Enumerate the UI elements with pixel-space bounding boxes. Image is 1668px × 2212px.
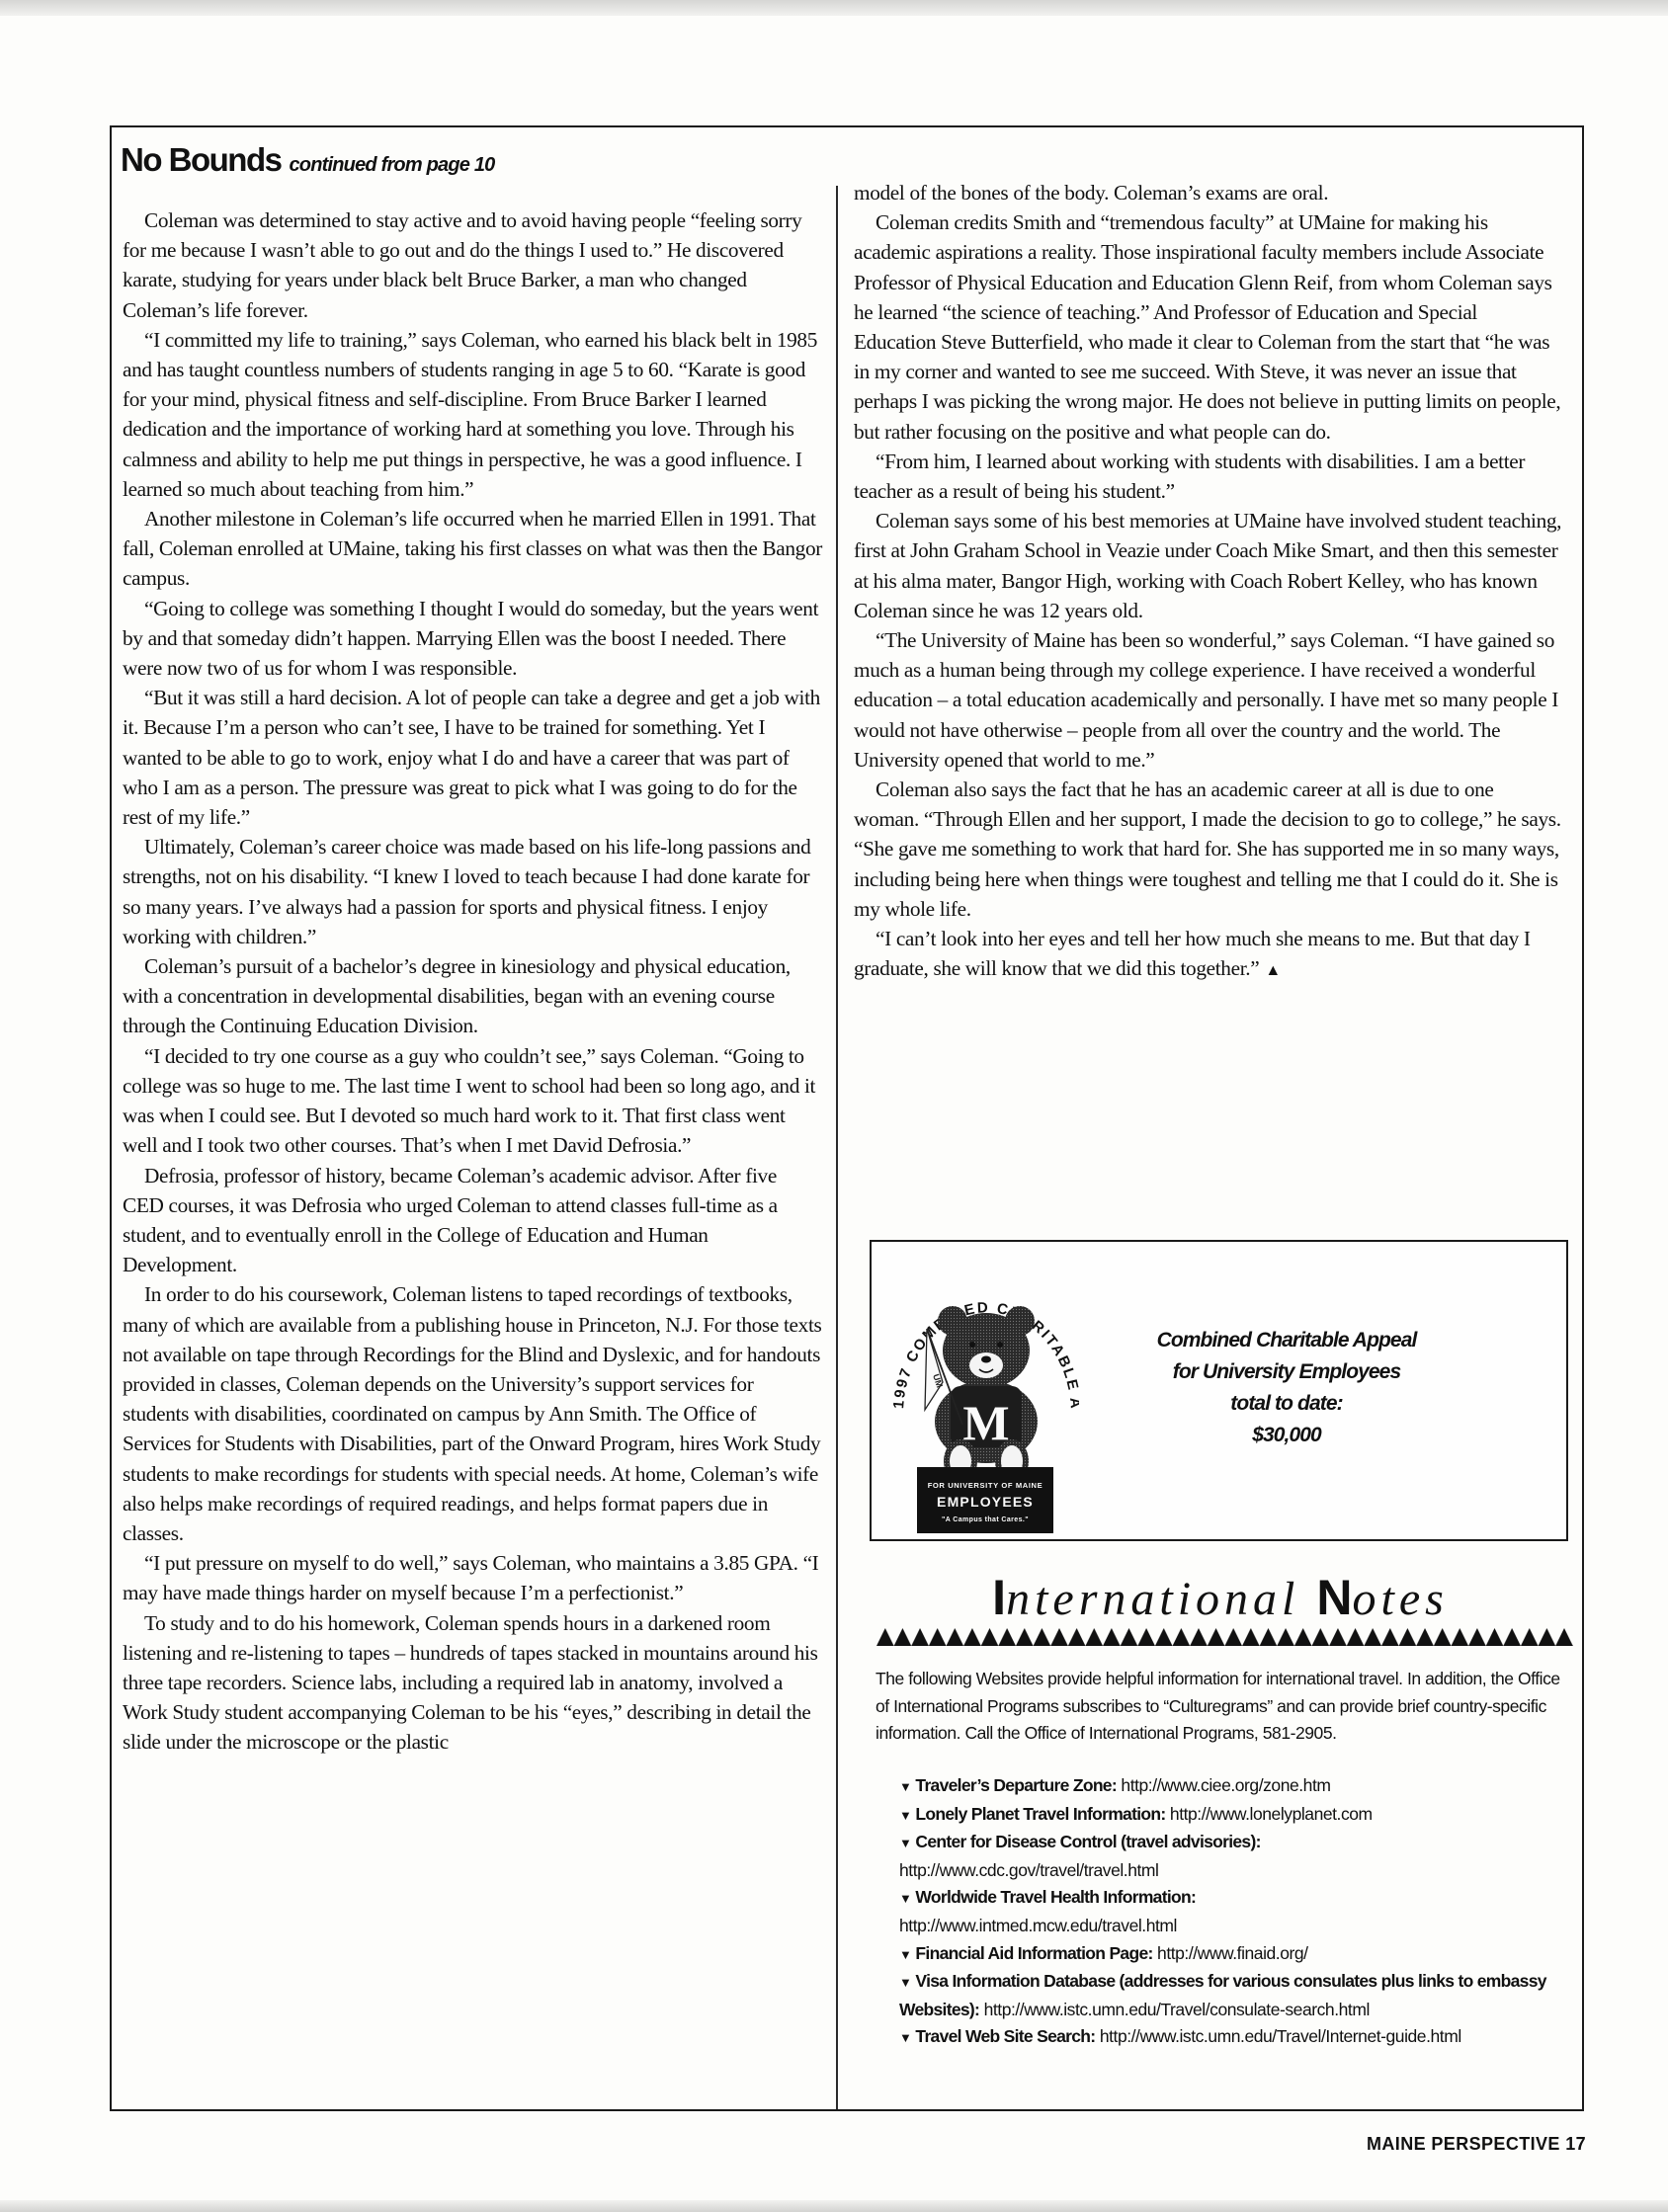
logo-line2: EMPLOYEES <box>937 1494 1034 1510</box>
article-headline: No Boundscontinued from page 10 <box>121 141 494 179</box>
list-item: ▼Travel Web Site Search: http://www.istc… <box>899 2023 1581 2052</box>
paragraph: “From him, I learned about working with … <box>854 447 1563 506</box>
appeal-line-1: Combined Charitable Appeal <box>1138 1325 1435 1356</box>
article-right-column: model of the bones of the body. Coleman’… <box>854 178 1563 986</box>
paragraph: Coleman’s pursuit of a bachelor’s degree… <box>123 951 822 1041</box>
international-notes-intro: The following Websites provide helpful i… <box>876 1666 1577 1748</box>
paragraph: “I decided to try one course as a guy wh… <box>123 1041 822 1161</box>
paragraph: “I put pressure on myself to do well,” s… <box>123 1548 822 1607</box>
triangle-bullet-icon: ▼ <box>899 1836 911 1850</box>
article-left-column: Coleman was determined to stay active an… <box>123 178 822 1758</box>
charitable-appeal-text: Combined Charitable Appeal for Universit… <box>1138 1325 1435 1451</box>
paragraph: In order to do his coursework, Coleman l… <box>123 1279 822 1548</box>
website-link[interactable]: http://www.istc.umn.edu/Travel/Internet-… <box>1100 2026 1461 2046</box>
end-of-story-triangle-icon: ▲ <box>1265 962 1281 979</box>
triangle-bullet-icon: ▼ <box>899 1975 911 1990</box>
paragraph: Defrosia, professor of history, became C… <box>123 1161 822 1280</box>
charitable-appeal-bear-logo-icon: 1997 COMBINED CHARITABLE APPEAL M <box>881 1252 1079 1533</box>
list-item: ▼Financial Aid Information Page: http://… <box>899 1940 1581 1969</box>
link-label: Worldwide Travel Health Information: <box>915 1887 1196 1907</box>
charitable-appeal-box: 1997 COMBINED CHARITABLE APPEAL M <box>870 1240 1568 1541</box>
triangle-bullet-icon: ▼ <box>899 1779 911 1794</box>
triangle-bullet-icon: ▼ <box>899 1891 911 1906</box>
link-label: Center for Disease Control (travel advis… <box>915 1832 1260 1851</box>
appeal-amount: $30,000 <box>1138 1420 1435 1451</box>
list-item: ▼Center for Disease Control (travel advi… <box>899 1829 1581 1884</box>
paragraph: “But it was still a hard decision. A lot… <box>123 683 822 832</box>
sweater-letter: M <box>962 1395 1009 1450</box>
link-label: Travel Web Site Search: <box>915 2026 1095 2046</box>
website-link[interactable]: http://www.lonelyplanet.com <box>1170 1804 1373 1824</box>
triangle-rule-divider <box>876 1628 1573 1646</box>
appeal-line-3: total to date: <box>1138 1388 1435 1420</box>
list-item: ▼Lonely Planet Travel Information: http:… <box>899 1801 1581 1830</box>
paragraph: “I committed my life to training,” says … <box>123 325 822 504</box>
website-link[interactable]: http://www.ciee.org/zone.htm <box>1121 1775 1330 1795</box>
link-label: Traveler’s Departure Zone: <box>915 1775 1117 1795</box>
scan-bottom-edge <box>0 2200 1668 2212</box>
final-paragraph-text: “I can’t look into her eyes and tell her… <box>854 927 1531 980</box>
paragraph-continuation: model of the bones of the body. Coleman’… <box>854 178 1563 207</box>
logo-tagline: "A Campus that Cares." <box>942 1516 1029 1523</box>
title-initial-n: N <box>1316 1570 1352 1625</box>
triangle-bullet-icon: ▼ <box>899 1808 911 1823</box>
paragraph-final: “I can’t look into her eyes and tell her… <box>854 924 1563 986</box>
column-divider <box>836 186 838 2109</box>
paragraph: Coleman credits Smith and “tremendous fa… <box>854 207 1563 447</box>
title-word-1: nternational <box>1006 1573 1299 1625</box>
article-title: No Bounds <box>121 141 281 178</box>
page-folio: MAINE PERSPECTIVE 17 <box>1367 2134 1586 2155</box>
link-label: Financial Aid Information Page: <box>915 1943 1152 1963</box>
list-item: ▼Traveler’s Departure Zone: http://www.c… <box>899 1772 1581 1801</box>
website-link[interactable]: http://www.intmed.mcw.edu/travel.html <box>899 1916 1177 1935</box>
triangle-bullet-icon: ▼ <box>899 2030 911 2045</box>
international-notes-title: International Notes <box>860 1569 1581 1626</box>
title-initial-i: I <box>992 1570 1006 1625</box>
triangle-bullet-icon: ▼ <box>899 1947 911 1962</box>
website-link[interactable]: http://www.finaid.org/ <box>1157 1943 1308 1963</box>
list-item: ▼Worldwide Travel Health Information:htt… <box>899 1884 1581 1939</box>
scan-top-edge <box>0 0 1668 16</box>
logo-line1: FOR UNIVERSITY OF MAINE <box>928 1481 1043 1490</box>
paragraph: Ultimately, Coleman’s career choice was … <box>123 832 822 951</box>
travel-websites-list: ▼Traveler’s Departure Zone: http://www.c… <box>899 1772 1581 2052</box>
list-item: ▼Visa Information Database (addresses fo… <box>899 1968 1581 2023</box>
paragraph: Coleman was determined to stay active an… <box>123 205 822 325</box>
website-link[interactable]: http://www.istc.umn.edu/Travel/consulate… <box>984 2000 1370 2019</box>
paragraph: “Going to college was something I though… <box>123 594 822 684</box>
paragraph: To study and to do his homework, Coleman… <box>123 1608 822 1758</box>
title-word-2: otes <box>1353 1573 1449 1625</box>
link-label: Lonely Planet Travel Information: <box>915 1804 1165 1824</box>
paragraph: Coleman also says the fact that he has a… <box>854 775 1563 924</box>
continued-note: continued from page 10 <box>289 154 494 176</box>
paragraph: Coleman says some of his best memories a… <box>854 506 1563 625</box>
paragraph: Another milestone in Coleman’s life occu… <box>123 504 822 594</box>
appeal-line-2: for University Employees <box>1138 1356 1435 1388</box>
website-link[interactable]: http://www.cdc.gov/travel/travel.html <box>899 1860 1158 1880</box>
paragraph: “The University of Maine has been so won… <box>854 625 1563 775</box>
